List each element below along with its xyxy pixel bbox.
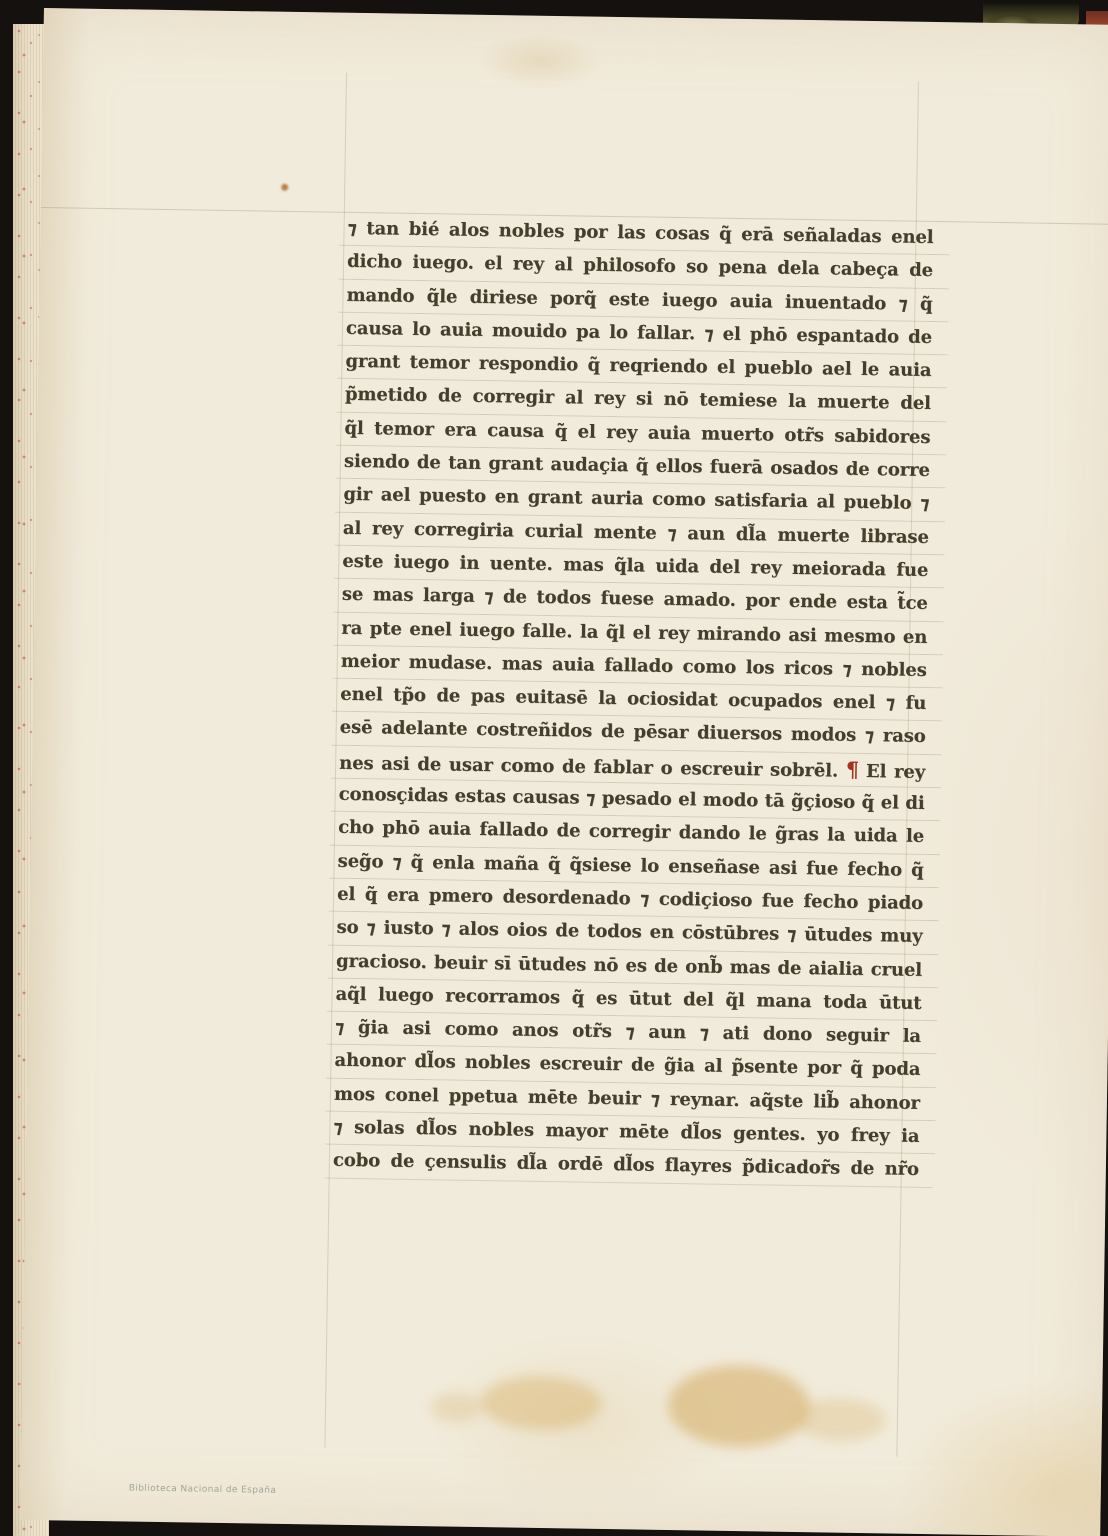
line-text: ra pte enel iuego falle. la q̃l el rey m… bbox=[341, 617, 927, 647]
line-text: el q̃ era pmero desordenado ⁊ codiçioso … bbox=[337, 884, 923, 914]
line-text: siendo de tan grant audaçia q̃ ellos fue… bbox=[344, 451, 930, 481]
line-text: meior mudase. mas auia fallado como los … bbox=[341, 651, 927, 681]
line-text: causa lo auia mouido pa lo fallar. ⁊ el … bbox=[346, 318, 932, 348]
parchment-stain bbox=[480, 1375, 603, 1431]
line-text: ⁊ solas dl̃os nobles mayor mēte dl̃os ge… bbox=[333, 1117, 919, 1147]
photograph-background: { "library_watermark": "Biblioteca Nacio… bbox=[0, 0, 1108, 1536]
parchment-stain bbox=[667, 1364, 810, 1448]
line-text: se mas larga ⁊ de todos fuese amado. por… bbox=[342, 584, 928, 614]
line-text: seg̃o ⁊ q̃ enla maña q̃ q̃siese lo enseñ… bbox=[337, 850, 923, 880]
line-text: q̃l temor era causa q̃ el rey auia muert… bbox=[344, 418, 930, 448]
line-text: nes asi de usar como de fablar o escreui… bbox=[339, 752, 838, 781]
line-text: cobo de çensulis dl̃a ordē dl̃os flayres… bbox=[333, 1150, 919, 1180]
line-text: ⁊ tan bié alos nobles por las cosas q̃ e… bbox=[347, 218, 933, 248]
library-watermark: Biblioteca Nacional de España bbox=[129, 1484, 277, 1496]
manuscript-page: ⁊ tan bié alos nobles por las cosas q̃ e… bbox=[20, 8, 1108, 1536]
line-text: esē adelante costreñidos de pēsar diuers… bbox=[340, 717, 926, 747]
line-text: enel tp̃o de pas euitasē la ociosidat oc… bbox=[340, 684, 926, 714]
line-text: aq̃l luego recorramos q̃ es ūtut del q̃l… bbox=[335, 984, 921, 1014]
line-text: gracioso. beuir sī ūtudes nō es de onb̃ … bbox=[336, 950, 922, 980]
text-block: ⁊ tan bié alos nobles por las cosas q̃ e… bbox=[323, 212, 950, 1188]
line-text: gir ael puesto en grant auria como satis… bbox=[343, 484, 929, 514]
line-text: El rey bbox=[866, 761, 926, 783]
line-text: este iuego in uente. mas q̃la uida del r… bbox=[342, 551, 928, 581]
line-text: so ⁊ iusto ⁊ alos oios de todos en cōstū… bbox=[336, 917, 922, 947]
line-text: mando q̃le diriese porq̃ este iuego auia… bbox=[346, 284, 932, 314]
line-text: cho phō auia fallado de corregir dando l… bbox=[338, 817, 924, 847]
rubric-paragraph-mark: ¶ bbox=[846, 756, 859, 781]
parchment-stain bbox=[430, 1392, 482, 1423]
line-text: grant temor respondio q̃ reqriendo el pu… bbox=[345, 351, 931, 381]
line-text: al rey corregiria curial mente ⁊ aun dl̃… bbox=[343, 517, 929, 547]
line-text: dicho iuego. el rey al philosofo so pena… bbox=[347, 251, 933, 281]
parchment-stain bbox=[794, 1398, 887, 1441]
line-text: ahonor dl̃os nobles escreuir de g̃ia al … bbox=[334, 1050, 920, 1080]
parchment-spot bbox=[281, 184, 288, 191]
line-text: p̃metido de corregir al rey si nō temies… bbox=[345, 384, 931, 414]
line-text: conosçidas estas causas ⁊ pesado el modo… bbox=[339, 784, 925, 814]
line-text: mos conel ppetua mēte beuir ⁊ reynar. aq… bbox=[334, 1083, 920, 1113]
